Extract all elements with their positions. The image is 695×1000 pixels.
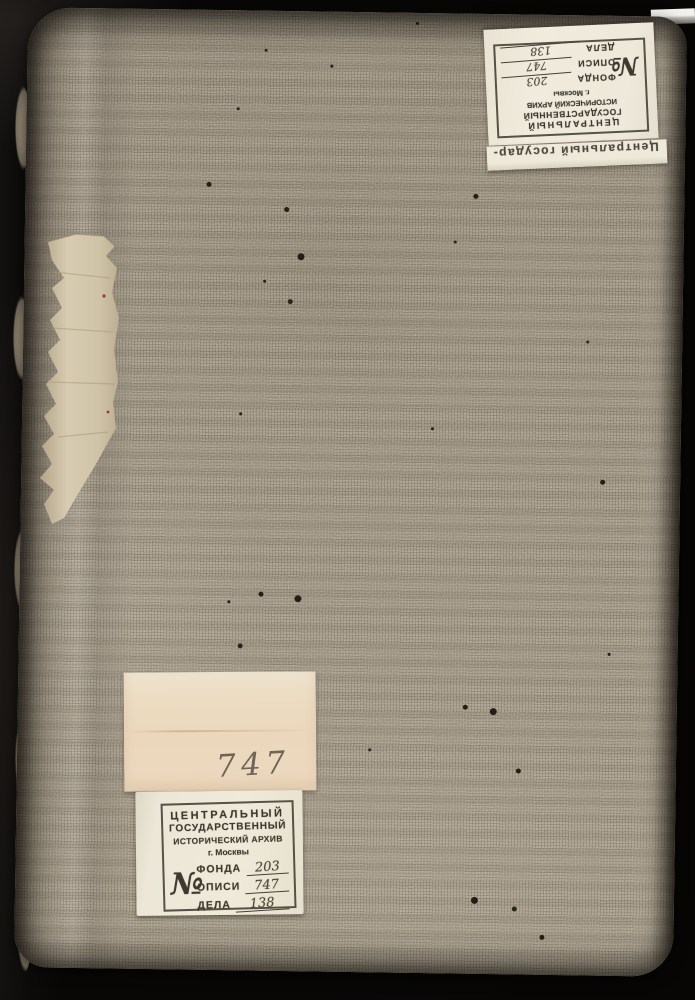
photo-of-archival-book-cover: ЦЕНТРАЛЬНЫЙ ГОСУДАРСТВЕННЫЙ ИСТОРИЧЕСКИЙ… [0, 0, 695, 1000]
stamp-org-line: ГОСУДАРСТВЕННЫЙ [168, 820, 287, 834]
field-value-dela: 138 [235, 895, 289, 912]
red-speck [107, 411, 110, 414]
pink-spine-label: 747 [124, 671, 317, 791]
archive-label-top: ЦЕНТРАЛЬНЫЙ ГОСУДАРСТВЕННЫЙ ИСТОРИЧЕСКИЙ… [483, 22, 658, 146]
stamp-org-line: г. Москвы [169, 845, 288, 858]
field-value-fonda: 203 [501, 72, 572, 90]
stamp-box-top: ЦЕНТРАЛЬНЫЙ ГОСУДАРСТВЕННЫЙ ИСТОРИЧЕСКИЙ… [493, 38, 649, 139]
field-value-opisi: 747 [245, 877, 289, 894]
field-label-fonda: ФОНДА [576, 72, 616, 84]
red-speck [102, 294, 105, 297]
stamp-fields: № ФОНДА 203 ОПИСИ 747 ДЕЛА 138 [169, 860, 289, 914]
stamp-box-bottom: ЦЕНТРАЛЬНЫЙ ГОСУДАРСТВЕННЫЙ ИСТОРИЧЕСКИЙ… [161, 800, 297, 912]
stamp-field-row: ОПИСИ 747 [197, 878, 289, 896]
stamp-field-row: ДЕЛА 138 [197, 896, 289, 914]
numero-sign: № [170, 867, 204, 903]
stamp-field-row: ФОНДА 203 [196, 860, 288, 878]
handwritten-file-number: 747 [215, 745, 291, 785]
torn-paper-remnant [18, 232, 134, 532]
field-label-opisi: ОПИСИ [577, 57, 615, 69]
field-value-fonda: 203 [246, 860, 289, 877]
stamp-fields: № ФОНДА 203 ОПИСИ 747 ДЕЛА 138 [500, 39, 640, 88]
stamp-org-line: ИСТОРИЧЕСКИЙ АРХИВ [168, 833, 287, 846]
archive-label-bottom: ЦЕНТРАЛЬНЫЙ ГОСУДАРСТВЕННЫЙ ИСТОРИЧЕСКИЙ… [135, 790, 303, 916]
fabric-holes [28, 7, 33, 12]
numero-sign: № [610, 51, 638, 81]
